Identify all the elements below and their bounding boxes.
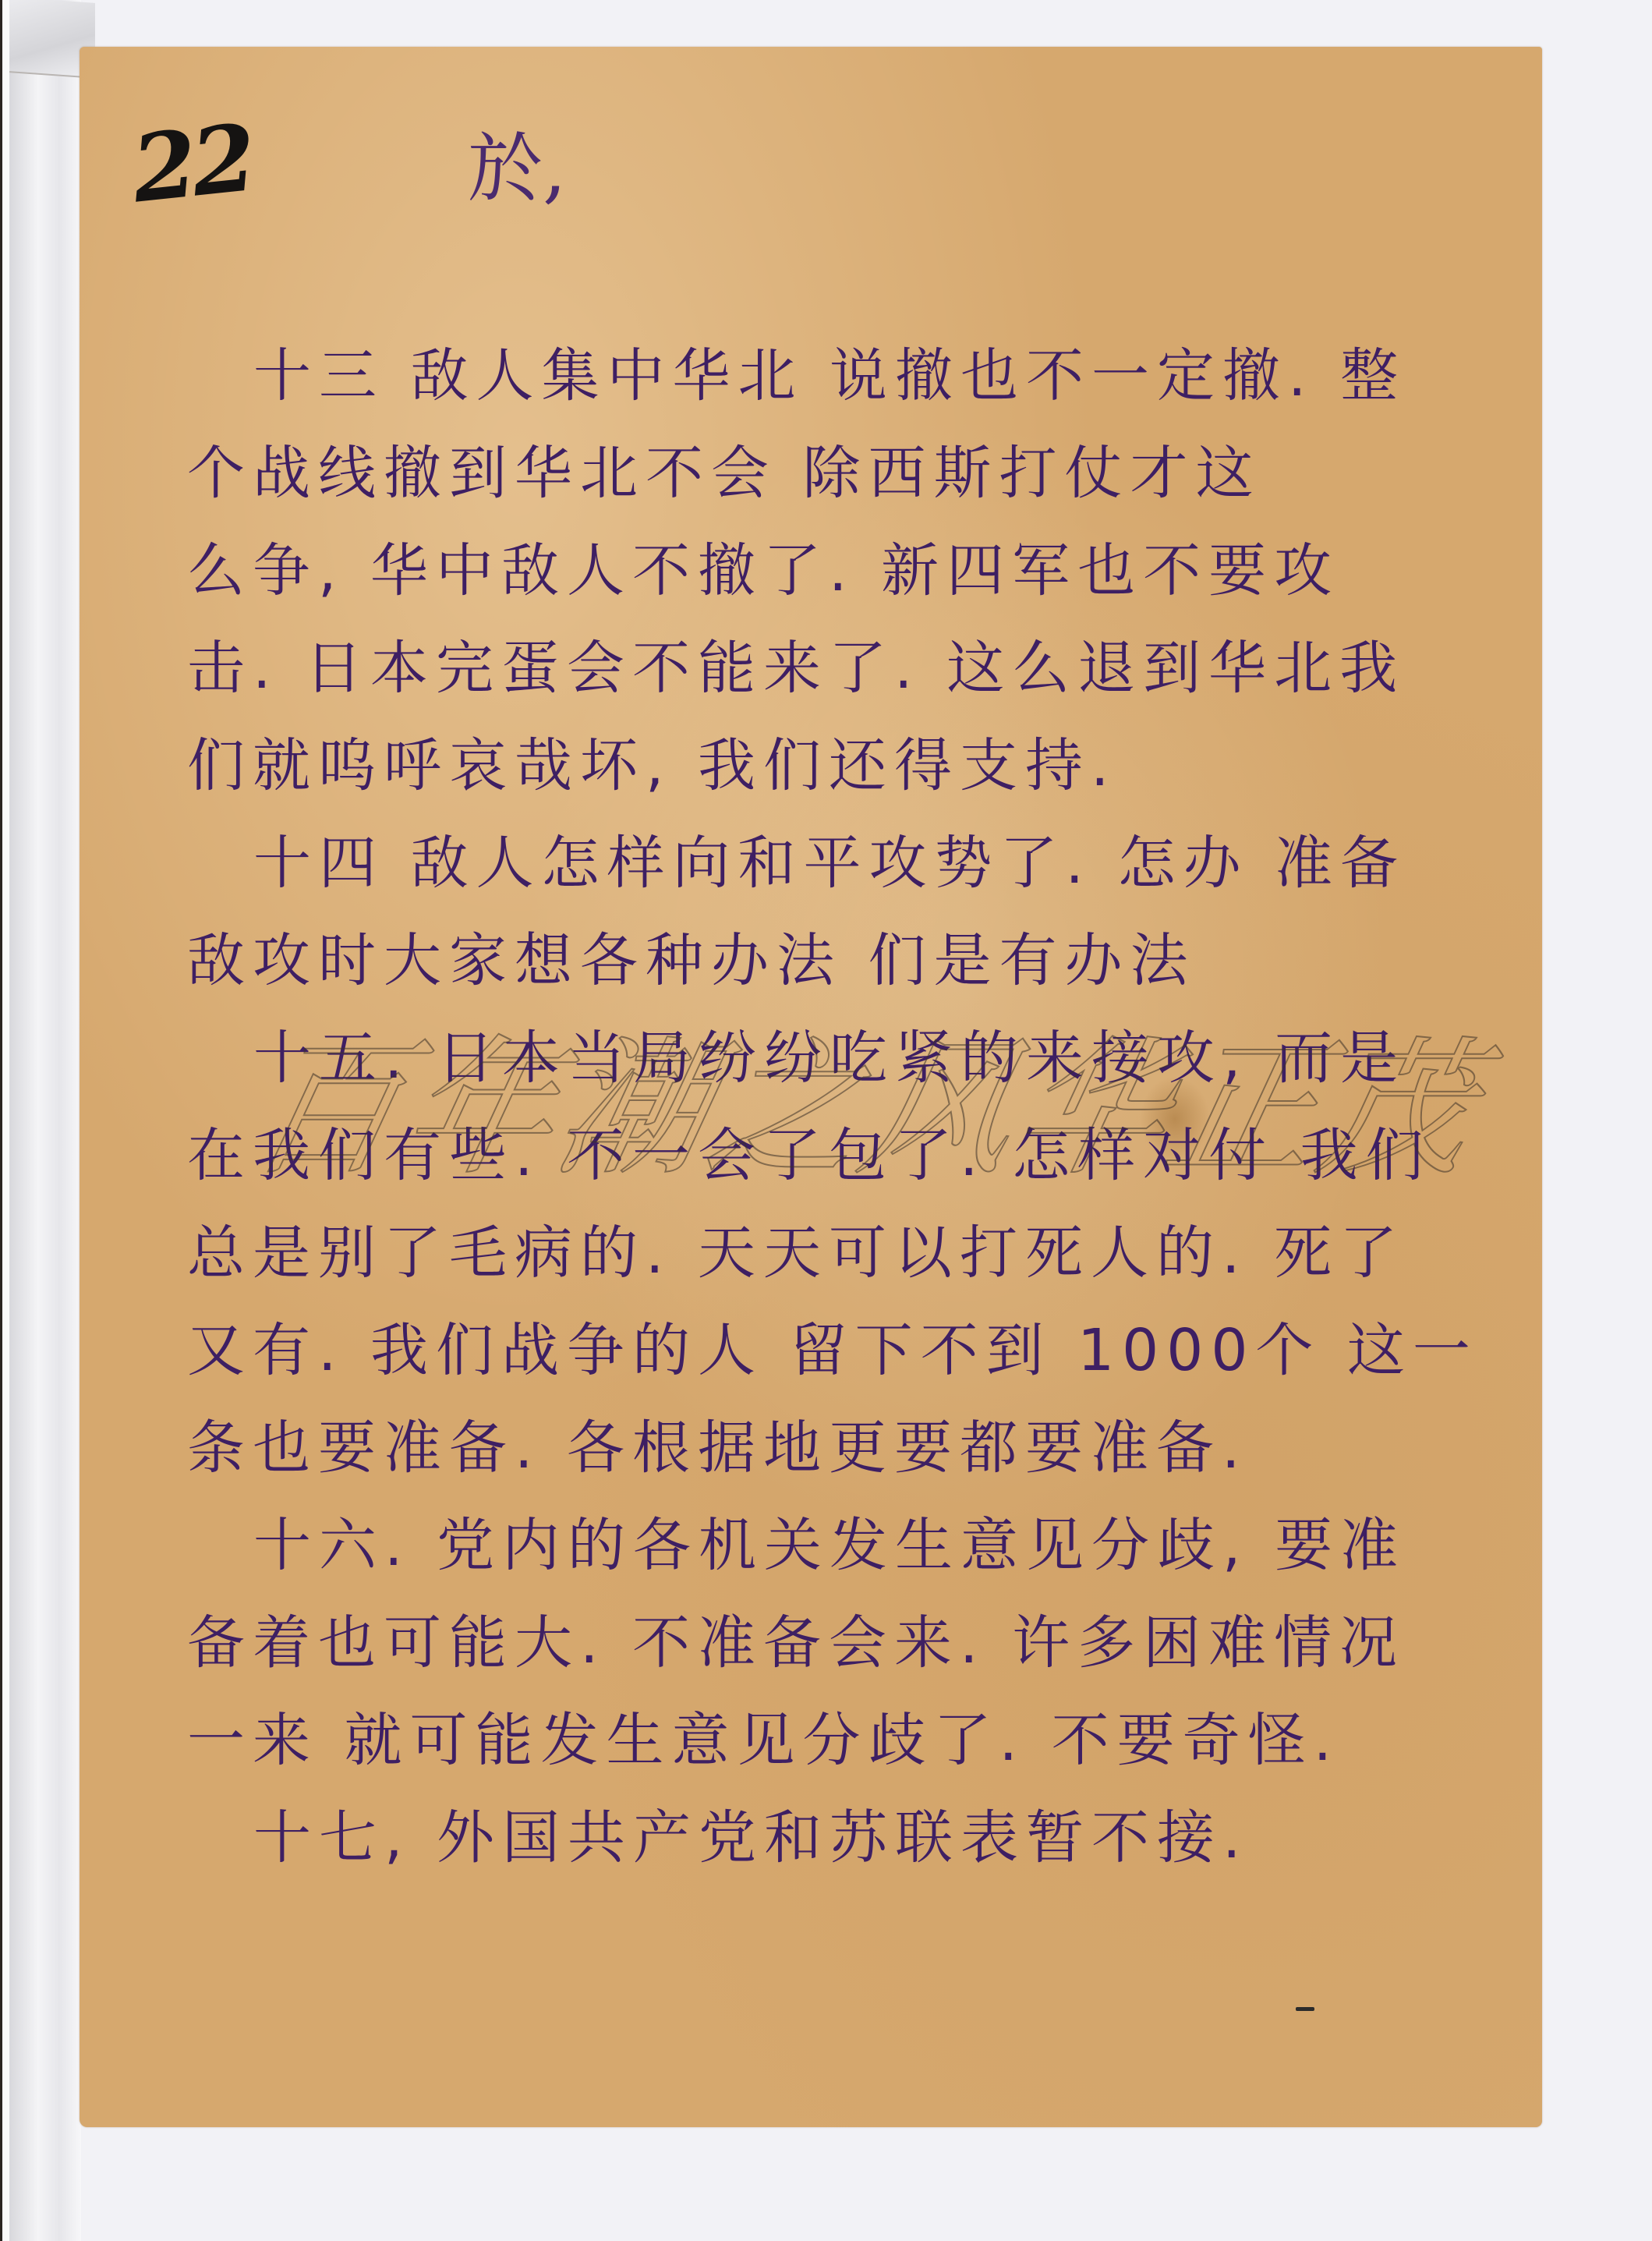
text-line: 条也要准备. 各根据地更要都要准备.: [187, 1400, 1419, 1497]
page-number: 22: [127, 103, 256, 223]
text-line: 又有. 我们战争的人 留下不到 1000个 这一: [187, 1302, 1419, 1400]
text-line: 一来 就可能发生意见分歧了. 不要奇怪.: [187, 1692, 1419, 1790]
text-line: 们就呜呼哀哉坏, 我们还得支持.: [187, 717, 1419, 815]
backing-tissue: [9, 0, 81, 2241]
header-mark: 於,: [468, 109, 567, 216]
text-line: 十四 敌人怎样向和平攻势了. 怎办 准备: [187, 815, 1419, 912]
scanner-binding-edge: [0, 0, 9, 2241]
text-line: 击. 日本完蛋会不能来了. 这么退到华北我: [187, 620, 1419, 717]
text-line: 十三 敌人集中华北 说撤也不一定撤. 整: [187, 327, 1419, 425]
text-line: 十五. 日本当局纷纷吃紧的来接攻, 而是: [187, 1010, 1419, 1107]
text-line: 在我们有些. 不一会了包了. 怎样对付 我们: [187, 1107, 1419, 1205]
text-line: 备着也可能大. 不准备会来. 许多困难情况: [187, 1595, 1419, 1692]
text-line: 敌攻时大家想各种办法 们是有办法: [187, 912, 1419, 1010]
handwritten-body: 十三 敌人集中华北 说撤也不一定撤. 整 个战线撤到华北不会 除西斯打仗才这 么…: [187, 327, 1419, 1887]
text-line: 个战线撤到华北不会 除西斯打仗才这: [187, 425, 1419, 522]
text-line: 总是别了毛病的. 天天可以打死人的. 死了: [187, 1205, 1419, 1302]
text-line: 十六. 党内的各机关发生意见分歧, 要准: [187, 1497, 1419, 1595]
text-line: 十七, 外国共产党和苏联表暂不接.: [187, 1790, 1419, 1887]
bottom-dash-mark: [1296, 2007, 1314, 2011]
text-line: 么争, 华中敌人不撤了. 新四军也不要攻: [187, 522, 1419, 620]
